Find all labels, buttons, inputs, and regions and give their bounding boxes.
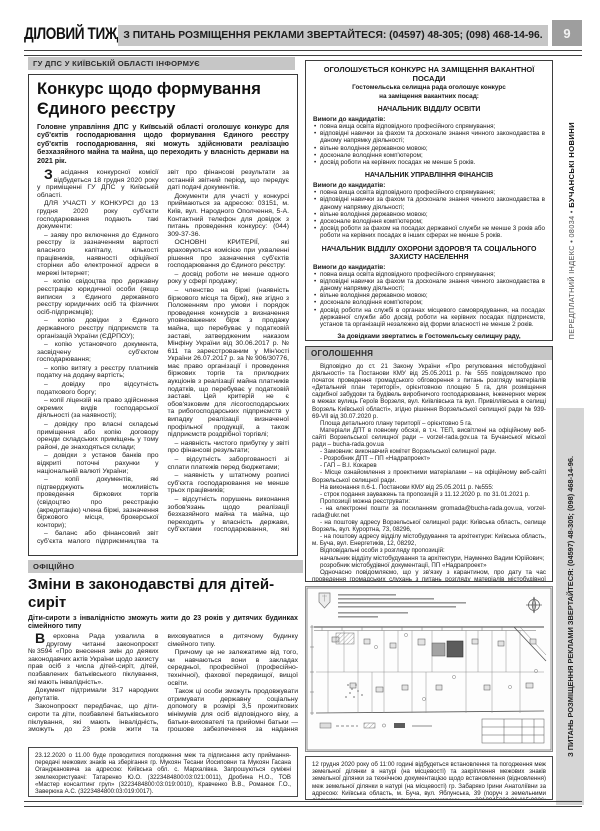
paragraph: - ГАП – В.І. Кокарев (312, 462, 546, 469)
header-rule (24, 50, 582, 56)
paragraph: – копію свідоцтва про державну реєстраці… (37, 278, 159, 316)
land-survey-notice-left: 23.12.2020 о 11.00 буде проводитися пого… (28, 747, 298, 797)
paragraph: – членство на біржі (наявність біржового… (168, 287, 290, 439)
paragraph: – копію установчого документа, засвідчен… (37, 341, 159, 364)
paragraph: – копію довідки з Єдиного державного реє… (37, 317, 159, 340)
paragraph: – довідку про власні складські приміщенн… (37, 421, 159, 451)
paragraph: Відповідно до ст. 21 Закону України «Про… (312, 363, 546, 420)
cadastral-plan-figure (305, 586, 553, 752)
paragraph: - Місце ознайомлення з проектними матері… (312, 469, 546, 483)
notice-text: 12 грудня 2020 року об 11:00 годині відб… (312, 761, 546, 800)
paragraph: Засідання конкурсної комісії відбудеться… (37, 169, 159, 199)
paragraph: Відповідальні особи з розгляду пропозиці… (312, 547, 546, 554)
vacancy-position-finance: НАЧАЛЬНИК УПРАВЛІННЯ ФІНАНСІВ Вимоги до … (313, 172, 545, 239)
paragraph: – довідки з установ банків про відкриті … (37, 452, 159, 475)
paragraph: розробник містобудівної документації, ПП… (312, 562, 546, 569)
notice-text: 23.12.2020 о 11.00 буде проводитися пого… (35, 752, 291, 795)
paragraph: - Розробник ДПТ – ПП «Надрапроект» (312, 455, 546, 462)
ad-contact-bar: З ПИТАНЬ РОЗМІЩЕННЯ РЕКЛАМИ ЗВЕРТАЙТЕСЯ:… (118, 25, 548, 46)
newspaper-name: БУЧАНСЬКІ НОВИНИ (567, 122, 576, 208)
requirement-item: досконале володіння комп'ютером; (313, 152, 545, 159)
paragraph: - на поштову адресу Ворзельської селищно… (312, 519, 546, 533)
bottom-rule (24, 801, 582, 807)
paragraph: Причому це не залежатиме від того, чи на… (168, 649, 299, 687)
requirement-item: досвід роботи за фахом на посадах держав… (313, 225, 545, 239)
requirement-item: вільне володіння державною мовою; (313, 211, 545, 218)
vacancy-position-health: НАЧАЛЬНИК ВІДДІЛУ ОХОРОНИ ЗДОРОВ'Я ТА СО… (313, 246, 545, 329)
paragraph: – досвід роботи не менше одного року у с… (168, 271, 290, 286)
paragraph: - на поштову адресу відділу містобудуван… (312, 533, 546, 547)
requirement-item: відповідні навички за фахом та досконале… (313, 196, 545, 210)
vacancy-intro-1: Гостомельська селищна рада оголошує конк… (313, 84, 545, 91)
requirement-item: досвід роботи на службі в органах місцев… (313, 307, 545, 329)
subscription-index-text: ПЕРЕДПЛАТНИЙ ІНДЕКС • 08034 • (567, 208, 576, 340)
paragraph: Пропозиції можна реєструвати: (312, 498, 546, 505)
article-lead: Головне управління ДПС у Київській облас… (37, 123, 289, 165)
paragraph: - строк подання зауважень та пропозицій … (312, 491, 546, 498)
official-body: Верховна Рада ухвалила в другому читанні… (28, 633, 298, 741)
paragraph: ДЛЯ УЧАСТІ У КОНКУРСІ до 13 грудня 2020 … (37, 200, 159, 230)
vacancy-notice-box: ОГОЛОШУЄТЬСЯ КОНКУРС НА ЗАМІЩЕННЯ ВАКАНТ… (305, 60, 553, 341)
requirement-item: повна вища освіта відповідного професійн… (313, 271, 545, 278)
paragraph: – копії документів, які підтверджують мо… (37, 476, 159, 529)
requirements-list: повна вища освіта відповідного професійн… (313, 189, 545, 239)
vacancy-title: ОГОЛОШУЄТЬСЯ КОНКУРС НА ЗАМІЩЕННЯ ВАКАНТ… (313, 66, 545, 83)
position-title: НАЧАЛЬНИК ВІДДІЛУ ОСВІТИ (313, 106, 545, 114)
requirement-item: досконале володіння комп'ютером; (313, 299, 545, 306)
announcement-body: Відповідно до ст. 21 Закону України «Про… (306, 360, 552, 582)
ad-contact-text: З ПИТАНЬ РОЗМІЩЕННЯ РЕКЛАМИ ЗВЕРТАЙТЕСЯ:… (123, 30, 542, 41)
position-title: НАЧАЛЬНИК УПРАВЛІННЯ ФІНАНСІВ (313, 172, 545, 180)
requirement-item: відповідні навички за фахом та досконале… (313, 130, 545, 144)
requirement-item: відповідні навички за фахом та досконале… (313, 278, 545, 292)
paragraph: Документи для участі у конкурсі приймают… (168, 193, 290, 239)
paragraph: – довідку про відсутність податкового бо… (37, 381, 159, 396)
requirements-label: Вимоги до кандидатів: (313, 116, 545, 123)
kicker-bar: ГУ ДПС У КИЇВСЬКІЙ ОБЛАСТІ ІНФОРМУЄ (28, 57, 295, 70)
paragraph: – копію витягу з реєстру платників подат… (37, 365, 159, 380)
paragraph: Площа детального плану території – орієн… (312, 420, 546, 427)
paragraph: На виконання п.6-1. Постанови КМУ від 25… (312, 484, 546, 491)
land-survey-notice-right: 12 грудня 2020 року об 11:00 годині відб… (305, 756, 553, 800)
requirement-item: досвід роботи на керівних посадах не мен… (313, 159, 545, 166)
tax-article-box: Конкурс щодо формування Єдиного реєстру … (28, 74, 298, 556)
paragraph: ОСНОВНІ КРИТЕРІЇ, які враховуються коміс… (168, 239, 290, 269)
paragraph: Матеріали ДПТ в повному обсязі, в т.ч. Т… (312, 427, 546, 448)
ad-contact-text-vertical: З ПИТАНЬ РОЗМІЩЕННЯ РЕКЛАМИ ЗВЕРТАЙТЕСЯ:… (566, 456, 575, 757)
plan-title-block (482, 719, 544, 743)
paragraph: - Замовник: виконавчий комітет Ворзельсь… (312, 448, 546, 455)
vacancy-footer: За довідками звертатись в Гостомельську … (313, 333, 545, 341)
announcement-label-bar: ОГОЛОШЕННЯ (306, 347, 552, 360)
paragraph: – копії ліцензій на право здійснення окр… (37, 397, 159, 420)
requirement-item: вільне володіння державною мовою; (313, 145, 545, 152)
page-number: 9 (552, 20, 582, 46)
cadastral-plan-drawing (306, 587, 552, 751)
paragraph: – наявність у штатному розписі суб'єкта … (168, 472, 290, 495)
official-label-bar: ОФІЦІЙНО (28, 560, 303, 573)
paragraph: – наявність чистого прибутку у звіті про… (168, 440, 290, 455)
ad-contact-strip-vertical: З ПИТАНЬ РОЗМІЩЕННЯ РЕКЛАМИ ЗВЕРТАЙТЕСЯ:… (556, 408, 584, 805)
paragraph: Документ підтримали 317 народних депутат… (28, 687, 159, 702)
paragraph: начальник відділу містобудування та архі… (312, 555, 546, 562)
paragraph: – заяву про включення до Єдиного реєстру… (37, 232, 159, 278)
requirements-list: повна вища освіта відповідного професійн… (313, 271, 545, 329)
article-body: Засідання конкурсної комісії відбудеться… (37, 169, 289, 547)
paragraph: - на електронні пошти за посиланням grom… (312, 505, 546, 519)
subscription-strip: ПЕРЕДПЛАТНИЙ ІНДЕКС • 08034 • БУЧАНСЬКІ … (558, 58, 584, 403)
paragraph: Одночасно повідомляємо, що у зв'язку з к… (312, 569, 546, 582)
newspaper-page: ДІЛОВИЙ ТИЖДЕНЬ З ПИТАНЬ РОЗМІЩЕННЯ РЕКЛ… (0, 0, 600, 831)
requirements-list: повна вища освіта відповідного професійн… (313, 123, 545, 166)
vacancy-position-education: НАЧАЛЬНИК ВІДДІЛУ ОСВІТИ Вимоги до канди… (313, 106, 545, 166)
paragraph: – відсутність заборгованості зі сплати п… (168, 456, 290, 471)
vacancy-intro-2: на заміщення вакантних посад: (313, 93, 545, 100)
requirements-label: Вимоги до кандидатів: (313, 264, 545, 271)
position-title: НАЧАЛЬНИК ВІДДІЛУ ОХОРОНИ ЗДОРОВ'Я ТА СО… (313, 246, 545, 262)
vacancy-footer-line: За довідками звертатись в Гостомельську … (313, 333, 545, 341)
article-headline: Конкурс щодо формування Єдиного реєстру (37, 79, 289, 119)
paragraph: Верховна Рада ухвалила в другому читанні… (28, 633, 159, 686)
announcement-box: ОГОЛОШЕННЯ Відповідно до ст. 21 Закону У… (305, 346, 553, 582)
official-subhead: Діти-сироти з інвалідністю зможуть жити … (28, 614, 298, 631)
official-headline: Зміни в законодавстві для дітей-сиріт (28, 576, 298, 612)
